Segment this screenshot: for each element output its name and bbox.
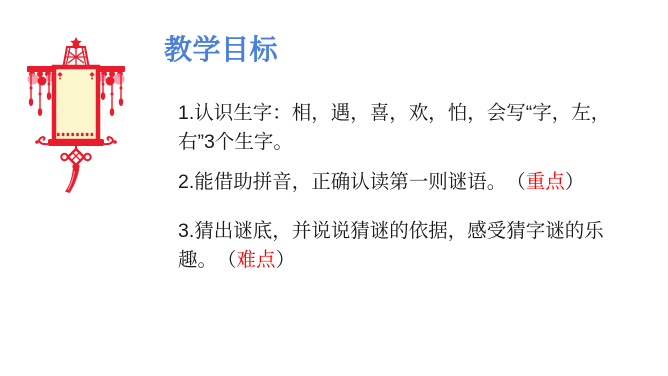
objective-3-highlight: 难点	[237, 249, 276, 271]
objective-2-paren-open: （	[516, 171, 526, 193]
objective-1-line-2: 右”3个生字。	[178, 128, 638, 157]
objective-3-line-2: 趣。 （难点）	[178, 246, 638, 275]
slide: 教学目标 1.认识生字：相，遇，喜，欢，怕，会写“字，左， 右”3个生字。 2.…	[0, 0, 668, 376]
objective-2-text: 2.能借助拼音，正确认读第一则谜语。	[178, 171, 497, 193]
objective-3-line-1: 3.猜出谜底，并说说猜谜的依据，感受猜字谜的乐	[178, 217, 638, 246]
objective-3-line-2-text: 趣。	[178, 249, 207, 271]
lantern-image	[20, 36, 132, 194]
objective-2-line-1: 2.能借助拼音，正确认读第一则谜语。 （重点）	[178, 168, 638, 197]
objective-2-paren-close: ）	[565, 171, 585, 193]
objective-2: 2.能借助拼音，正确认读第一则谜语。 （重点）	[178, 168, 638, 197]
objective-1: 1.认识生字：相，遇，喜，欢，怕，会写“字，左， 右”3个生字。	[178, 99, 638, 157]
page-title: 教学目标	[164, 34, 278, 66]
objective-3-spacer	[207, 249, 227, 271]
objective-3-paren-open: （	[227, 249, 237, 271]
objective-3: 3.猜出谜底，并说说猜谜的依据，感受猜字谜的乐 趣。 （难点）	[178, 217, 638, 275]
objectives-list: 1.认识生字：相，遇，喜，欢，怕，会写“字，左， 右”3个生字。 2.能借助拼音…	[178, 99, 638, 275]
objective-2-spacer	[497, 171, 517, 193]
objective-1-line-1: 1.认识生字：相，遇，喜，欢，怕，会写“字，左，	[178, 99, 638, 128]
red-lantern-icon	[20, 36, 132, 194]
objective-3-paren-close: ）	[276, 249, 296, 271]
objective-2-highlight: 重点	[526, 171, 565, 193]
